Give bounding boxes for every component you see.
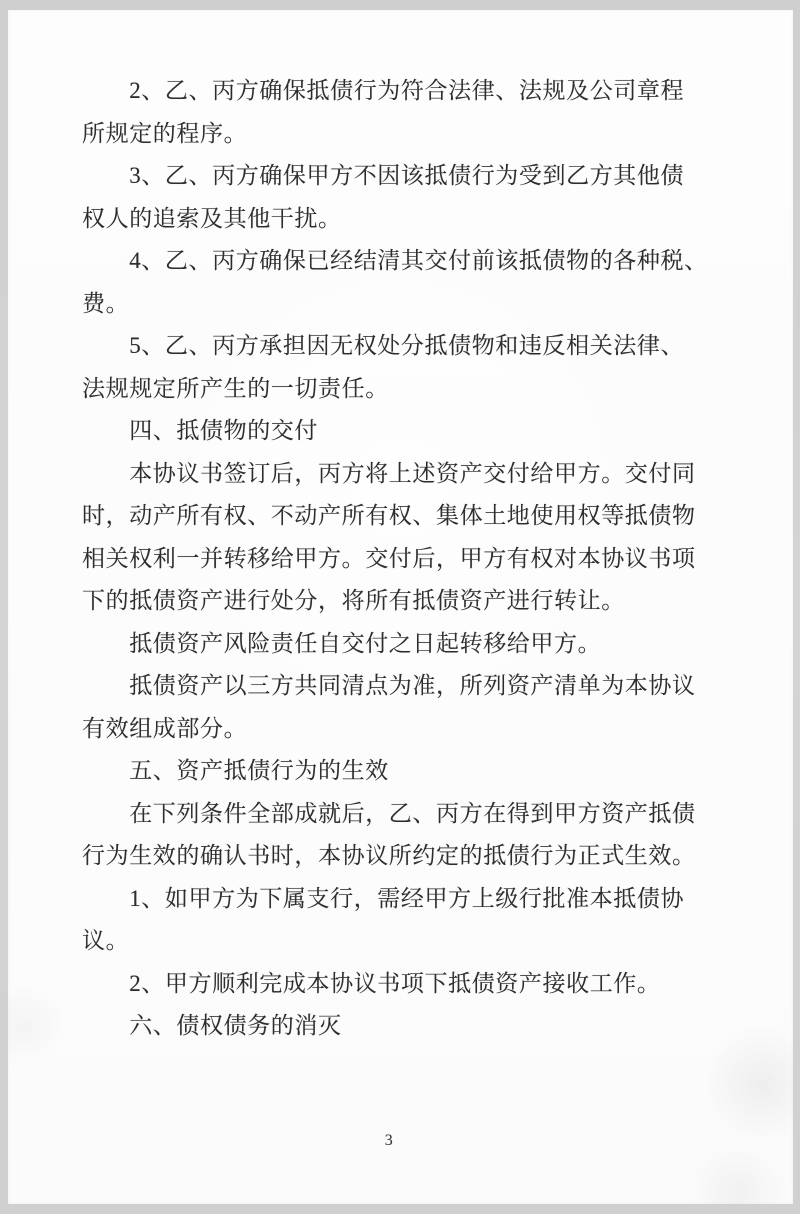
text-line: 2、乙、丙方确保抵债行为符合法律、法规及公司章程: [82, 70, 727, 113]
text-line: 本协议书签订后，丙方将上述资产交付给甲方。交付同: [82, 453, 727, 496]
document-page: 2、乙、丙方确保抵债行为符合法律、法规及公司章程 所规定的程序。 3、乙、丙方确…: [8, 10, 793, 1204]
text-line: 抵债资产以三方共同清点为准，所列资产清单为本协议: [82, 665, 727, 708]
text-line: 抵债资产风险责任自交付之日起转移给甲方。: [82, 623, 727, 666]
text-line: 所规定的程序。: [82, 113, 727, 156]
text-line: 4、乙、丙方确保已经结清其交付前该抵债物的各种税、: [82, 240, 727, 283]
text-line: 权人的追索及其他干扰。: [82, 198, 727, 241]
text-line: 费。: [82, 283, 727, 326]
document-body: 2、乙、丙方确保抵债行为符合法律、法规及公司章程 所规定的程序。 3、乙、丙方确…: [82, 70, 727, 1048]
section-heading: 六、债权债务的消灭: [82, 1005, 727, 1048]
text-line: 下的抵债资产进行处分，将所有抵债资产进行转让。: [82, 580, 727, 623]
page-number: 3: [8, 1132, 769, 1150]
section-heading: 四、抵债物的交付: [82, 410, 727, 453]
text-line: 有效组成部分。: [82, 708, 727, 751]
text-line: 1、如甲方为下属支行，需经甲方上级行批准本抵债协: [82, 878, 727, 921]
text-line: 行为生效的确认书时，本协议所约定的抵债行为正式生效。: [82, 835, 727, 878]
text-line: 3、乙、丙方确保甲方不因该抵债行为受到乙方其他债: [82, 155, 727, 198]
text-line: 法规规定所产生的一切责任。: [82, 368, 727, 411]
text-line: 5、乙、丙方承担因无权处分抵债物和违反相关法律、: [82, 325, 727, 368]
text-line: 相关权利一并转移给甲方。交付后，甲方有权对本协议书项: [82, 538, 727, 581]
text-line: 时，动产所有权、不动产所有权、集体土地使用权等抵债物: [82, 495, 727, 538]
text-line: 议。: [82, 920, 727, 963]
text-line: 2、甲方顺利完成本协议书项下抵债资产接收工作。: [82, 963, 727, 1006]
scan-background: 2、乙、丙方确保抵债行为符合法律、法规及公司章程 所规定的程序。 3、乙、丙方确…: [0, 0, 800, 1214]
text-line: 在下列条件全部成就后，乙、丙方在得到甲方资产抵债: [82, 793, 727, 836]
section-heading: 五、资产抵债行为的生效: [82, 750, 727, 793]
